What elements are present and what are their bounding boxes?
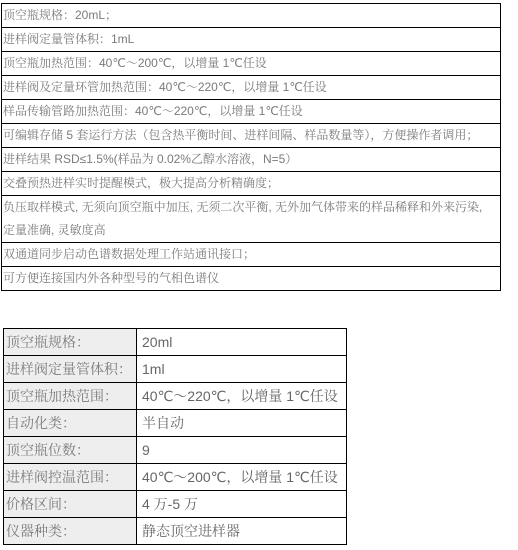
feature-text: 双通道同步启动色谱数据处理工作站通讯接口； — [2, 243, 501, 267]
spec-row: 自动化类： 半自动 — [4, 410, 347, 437]
feature-row: 双通道同步启动色谱数据处理工作站通讯接口； — [2, 243, 501, 267]
spec-value: 4 万-5 万 — [137, 491, 347, 518]
feature-row: 进样阀定量管体积：1mL — [2, 28, 501, 52]
feature-text: 交叠预热进样实时提醒模式，极大提高分析精确度； — [2, 172, 501, 196]
spec-label: 进样阀控温范围： — [4, 464, 137, 491]
spec-row: 顶空瓶加热范围： 40℃～220℃，以增量 1℃任设 — [4, 383, 347, 410]
spec-row: 顶空瓶规格： 20ml — [4, 329, 347, 356]
spec-label: 仪器种类： — [4, 518, 137, 545]
feature-row: 负压取样模式, 无须向顶空瓶中加压, 无须二次平衡, 无外加气体带来的样品稀释和… — [2, 196, 501, 243]
spec-label: 价格区间： — [4, 491, 137, 518]
feature-row: 可方便连接国内外各种型号的气相色谱仪 — [2, 267, 501, 291]
feature-text: 可方便连接国内外各种型号的气相色谱仪 — [2, 267, 501, 291]
feature-text: 进样结果 RSD≤1.5%(样品为 0.02%乙醇水溶液，N=5） — [2, 148, 501, 172]
feature-row: 样品传输管路加热范围：40℃～220℃，以增量 1℃任设 — [2, 100, 501, 124]
spec-label: 顶空瓶加热范围： — [4, 383, 137, 410]
spec-value: 1ml — [137, 356, 347, 383]
spec-label: 顶空瓶位数： — [4, 437, 137, 464]
spec-row: 价格区间： 4 万-5 万 — [4, 491, 347, 518]
spec-table: 顶空瓶规格： 20ml 进样阀定量管体积： 1ml 顶空瓶加热范围： 40℃～2… — [3, 328, 347, 545]
feature-row: 顶空瓶规格：20mL； — [2, 4, 501, 28]
feature-text: 进样阀及定量环管加热范围：40℃～220℃，以增量 1℃任设 — [2, 76, 501, 100]
spec-value: 40℃～220℃，以增量 1℃任设 — [137, 383, 347, 410]
spec-row: 进样阀控温范围： 40℃～200℃，以增量 1℃任设 — [4, 464, 347, 491]
spec-row: 进样阀定量管体积： 1ml — [4, 356, 347, 383]
feature-row: 顶空瓶加热范围：40℃～200℃，以增量 1℃任设 — [2, 52, 501, 76]
feature-text: 进样阀定量管体积：1mL — [2, 28, 501, 52]
feature-text: 可编辑存储 5 套运行方法（包含热平衡时间、进样间隔、样品数量等），方便操作者调… — [2, 124, 501, 148]
spec-value: 9 — [137, 437, 347, 464]
feature-list-table: 顶空瓶规格：20mL； 进样阀定量管体积：1mL 顶空瓶加热范围：40℃～200… — [1, 3, 501, 291]
spec-label: 自动化类： — [4, 410, 137, 437]
feature-row: 进样结果 RSD≤1.5%(样品为 0.02%乙醇水溶液，N=5） — [2, 148, 501, 172]
feature-text: 顶空瓶规格：20mL； — [2, 4, 501, 28]
feature-row: 进样阀及定量环管加热范围：40℃～220℃，以增量 1℃任设 — [2, 76, 501, 100]
spec-value: 静态顶空进样器 — [137, 518, 347, 545]
spec-value: 半自动 — [137, 410, 347, 437]
feature-text: 样品传输管路加热范围：40℃～220℃，以增量 1℃任设 — [2, 100, 501, 124]
spec-label: 进样阀定量管体积： — [4, 356, 137, 383]
product-spec-page: 顶空瓶规格：20mL； 进样阀定量管体积：1mL 顶空瓶加热范围：40℃～200… — [0, 3, 518, 550]
spec-row: 顶空瓶位数： 9 — [4, 437, 347, 464]
feature-row: 可编辑存储 5 套运行方法（包含热平衡时间、进样间隔、样品数量等），方便操作者调… — [2, 124, 501, 148]
feature-text: 顶空瓶加热范围：40℃～200℃，以增量 1℃任设 — [2, 52, 501, 76]
spec-value: 20ml — [137, 329, 347, 356]
feature-row: 交叠预热进样实时提醒模式，极大提高分析精确度； — [2, 172, 501, 196]
spec-value: 40℃～200℃，以增量 1℃任设 — [137, 464, 347, 491]
spec-label: 顶空瓶规格： — [4, 329, 137, 356]
spec-row: 仪器种类： 静态顶空进样器 — [4, 518, 347, 545]
feature-text: 负压取样模式, 无须向顶空瓶中加压, 无须二次平衡, 无外加气体带来的样品稀释和… — [2, 196, 501, 243]
